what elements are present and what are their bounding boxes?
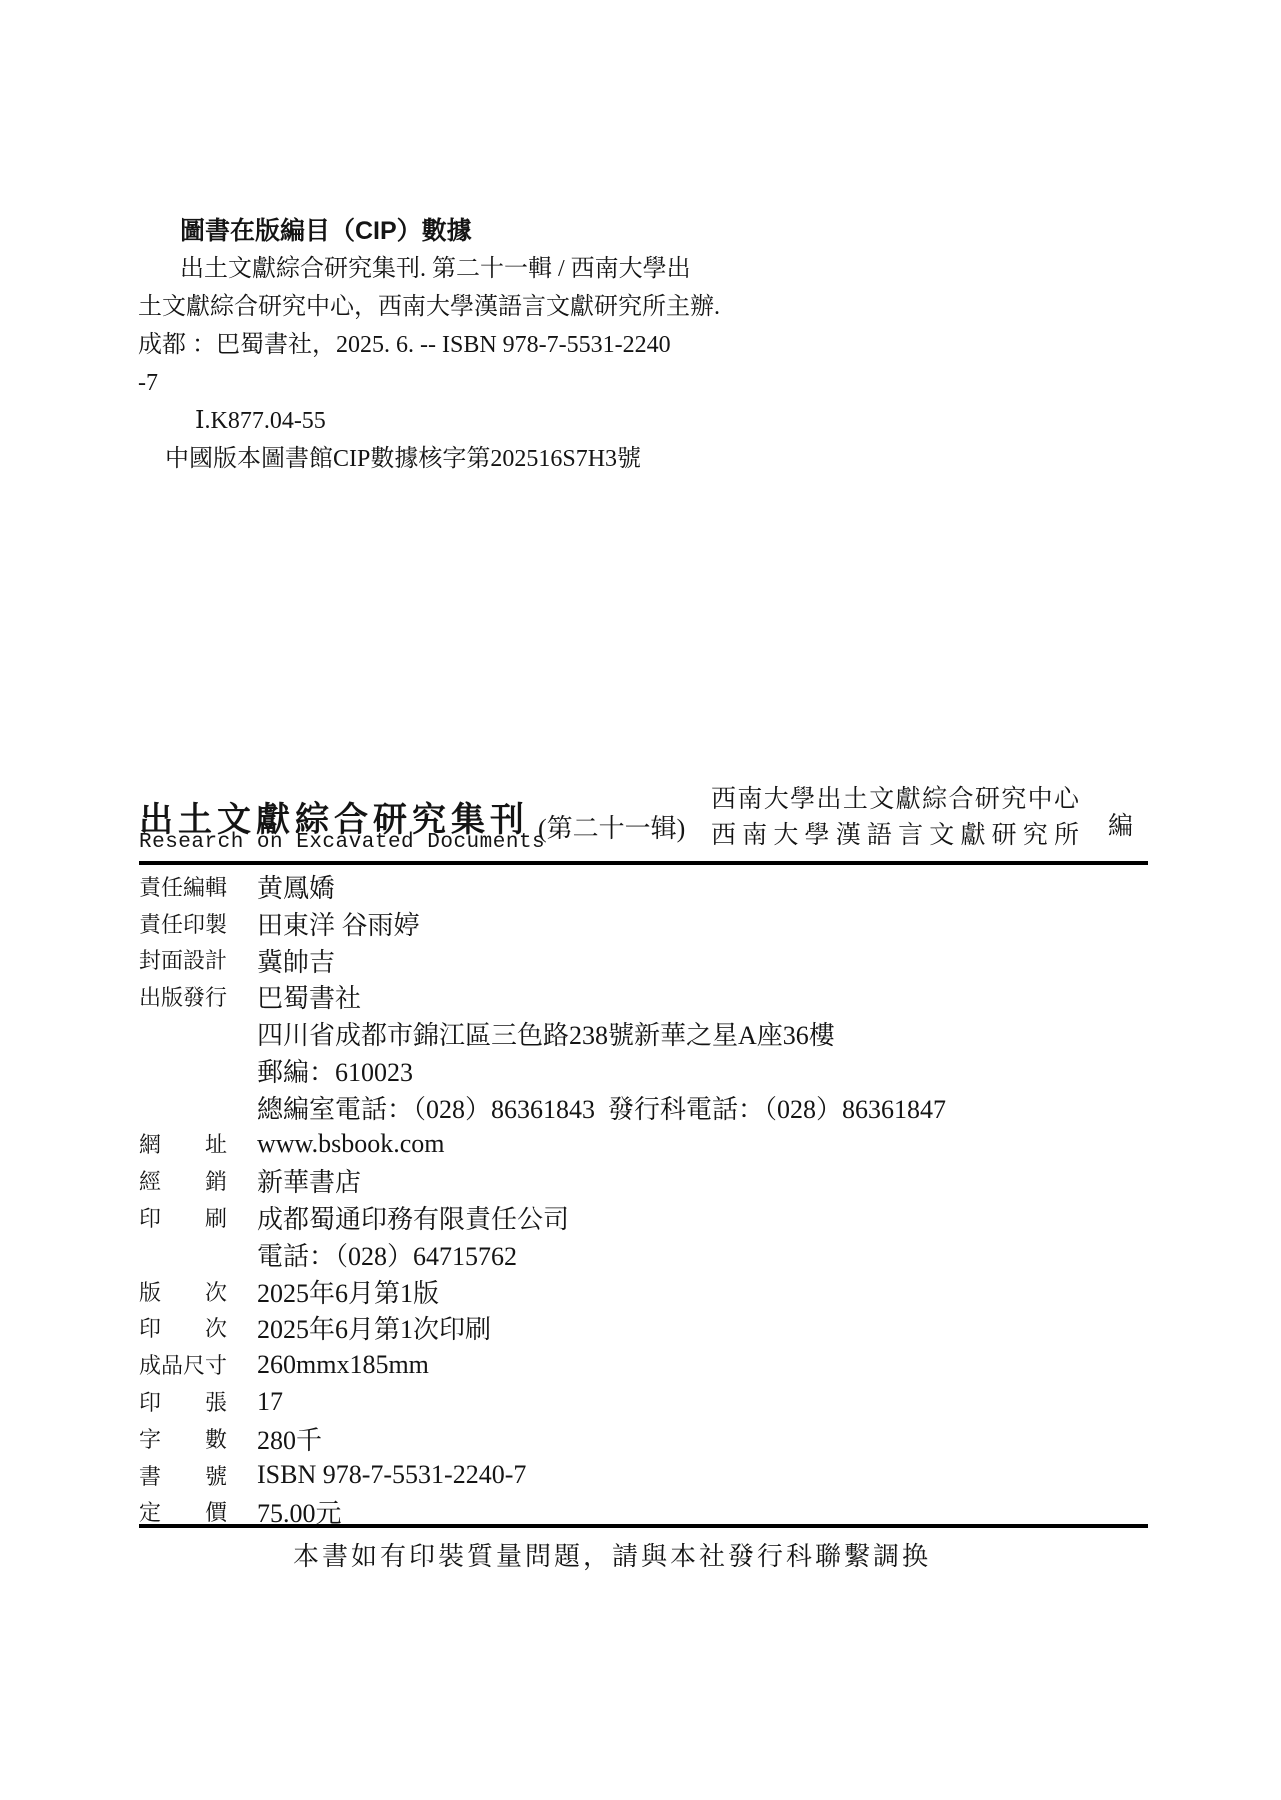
cip-line-4: -7 [138,364,738,402]
table-row: 責任編輯 黄鳳嬌 [139,868,1148,905]
row-value: 17 [257,1387,283,1417]
quality-notice: 本書如有印裝質量問題，請與本社發行科聯繫調换 [293,1536,931,1573]
table-row: 責任印製 田東洋 谷雨婷 [139,905,1148,942]
editor-organizations: 西南大學出土文獻綜合研究中心 西南大學漢語言文獻研究所 [711,782,1079,854]
row-label: 定 價 [139,1496,227,1527]
row-value: 電話：（028）64715762 [257,1236,517,1273]
row-label: 印 張 [139,1386,227,1417]
row-value: 黄鳳嬌 [257,868,335,905]
cip-heading: 圖書在版編目（CIP）數據 [138,212,738,250]
cip-registry-number: 中國版本圖書館CIP數據核字第202516S7H3號 [138,440,738,478]
row-value: 成都蜀通印務有限責任公司 [257,1199,569,1236]
table-row: 總編室電話：（028）86361843 發行科電話：（028）86361847 [139,1089,1148,1126]
row-label: 網 址 [139,1128,227,1159]
row-label: 成品尺寸 [139,1349,227,1380]
row-value: 260mmx185mm [257,1350,429,1380]
row-label: 責任編輯 [139,871,227,902]
row-label: 版 次 [139,1276,227,1307]
row-value: 總編室電話：（028）86361843 發行科電話：（028）86361847 [257,1089,946,1126]
book-subtitle-english: Research on Excavated Documents [139,831,545,854]
divider-bottom [139,1524,1148,1528]
publication-info-table: 責任編輯 黄鳳嬌 責任印製 田東洋 谷雨婷 封面設計 冀帥吉 出版發行 巴蜀書社… [139,868,1148,1530]
row-value: 四川省成都市錦江區三色路238號新華之星A座36樓 [257,1015,835,1052]
table-row: 郵編：610023 [139,1052,1148,1089]
row-value: 2025年6月第1次印刷 [257,1309,491,1346]
row-value: 巴蜀書社 [257,978,361,1015]
table-row: 印 張 17 [139,1383,1148,1420]
table-row: 電話：（028）64715762 [139,1236,1148,1273]
row-value: 田東洋 谷雨婷 [257,905,420,942]
table-row: 印 刷 成都蜀通印務有限責任公司 [139,1199,1148,1236]
cip-line-2: 土文獻綜合研究中心，西南大學漢語言文獻研究所主辦. [138,288,738,326]
editor-org-2: 西南大學漢語言文獻研究所 [711,818,1079,854]
cip-line-1: 出土文獻綜合研究集刊. 第二十一輯 / 西南大學出 [138,250,738,288]
cip-block: 圖書在版編目（CIP）數據 出土文獻綜合研究集刊. 第二十一輯 / 西南大學出 … [138,212,738,478]
table-row: 版 次 2025年6月第1版 [139,1273,1148,1310]
row-label: 責任印製 [139,908,227,939]
row-value: 冀帥吉 [257,942,335,979]
table-row: 出版發行 巴蜀書社 [139,978,1148,1015]
table-row: 四川省成都市錦江區三色路238號新華之星A座36樓 [139,1015,1148,1052]
row-label: 書 號 [139,1460,227,1491]
row-label: 印 刷 [139,1202,227,1233]
row-value: 2025年6月第1版 [257,1273,439,1310]
title-block: 出土文獻綜合研究集刊 (第二十一辑) Research on Excavated… [139,782,1149,862]
row-value: 郵編：610023 [257,1052,413,1089]
row-label: 出版發行 [139,981,227,1012]
table-row: 網 址 www.bsbook.com [139,1126,1148,1163]
copyright-page: 圖書在版編目（CIP）數據 出土文獻綜合研究集刊. 第二十一輯 / 西南大學出 … [0,0,1281,1800]
row-label: 字 數 [139,1423,227,1454]
row-label: 印 次 [139,1312,227,1343]
row-value: 新華書店 [257,1162,361,1199]
row-label: 封面設計 [139,944,227,975]
divider-top [139,861,1148,865]
book-volume: (第二十一辑) [538,808,685,845]
table-row: 印 次 2025年6月第1次印刷 [139,1310,1148,1347]
row-value: www.bsbook.com [257,1129,445,1159]
table-row: 封面設計 冀帥吉 [139,942,1148,979]
table-row: 成品尺寸 260mmx185mm [139,1346,1148,1383]
row-label: 經 銷 [139,1165,227,1196]
row-value: ISBN 978-7-5531-2240-7 [257,1460,526,1490]
cip-line-3: 成都 ：巴蜀書社，2025. 6. -- ISBN 978-7-5531-224… [138,326,738,364]
editor-suffix: 編 [1108,806,1133,842]
table-row: 經 銷 新華書店 [139,1162,1148,1199]
cip-classification: Ⅰ.K877.04-55 [138,402,738,440]
table-row: 字 數 280千 [139,1420,1148,1457]
editor-org-1: 西南大學出土文獻綜合研究中心 [711,782,1079,818]
table-row: 書 號 ISBN 978-7-5531-2240-7 [139,1457,1148,1494]
row-value: 280千 [257,1420,322,1457]
